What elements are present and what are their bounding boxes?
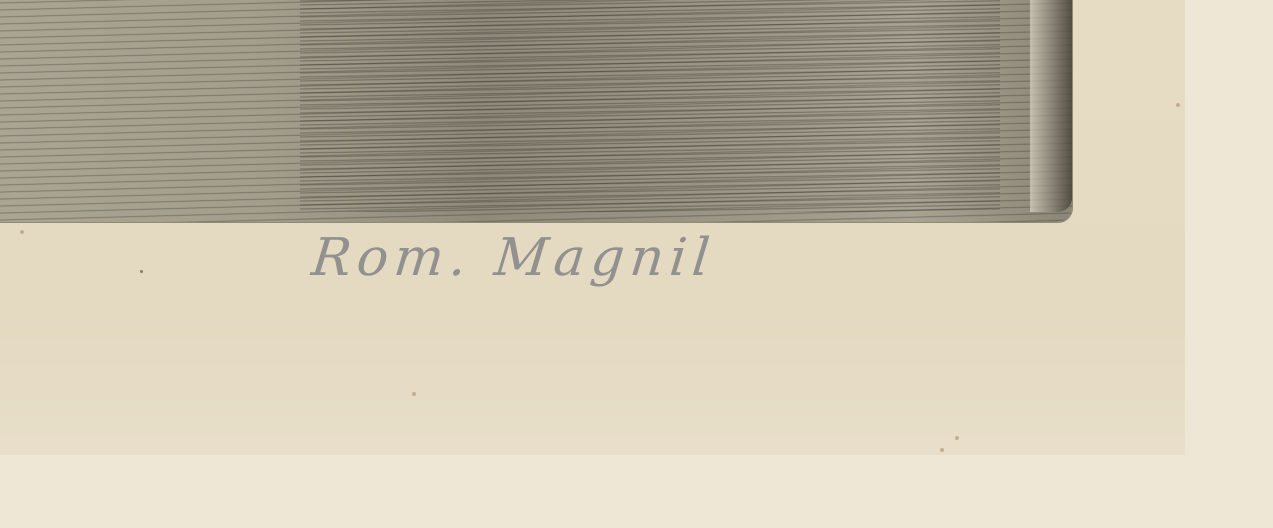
pencil-signature: Rom. Magnil — [309, 228, 718, 288]
foxing-spot — [940, 448, 944, 452]
etching-plate — [0, 0, 1072, 222]
foxing-spot — [1176, 103, 1180, 107]
dense-hatching-area — [300, 0, 1000, 212]
foxing-spot — [20, 230, 24, 234]
foxing-spot — [955, 436, 959, 440]
foxing-spot — [140, 270, 143, 273]
foxing-spot — [412, 392, 416, 396]
plate-right-edge — [1030, 0, 1072, 212]
